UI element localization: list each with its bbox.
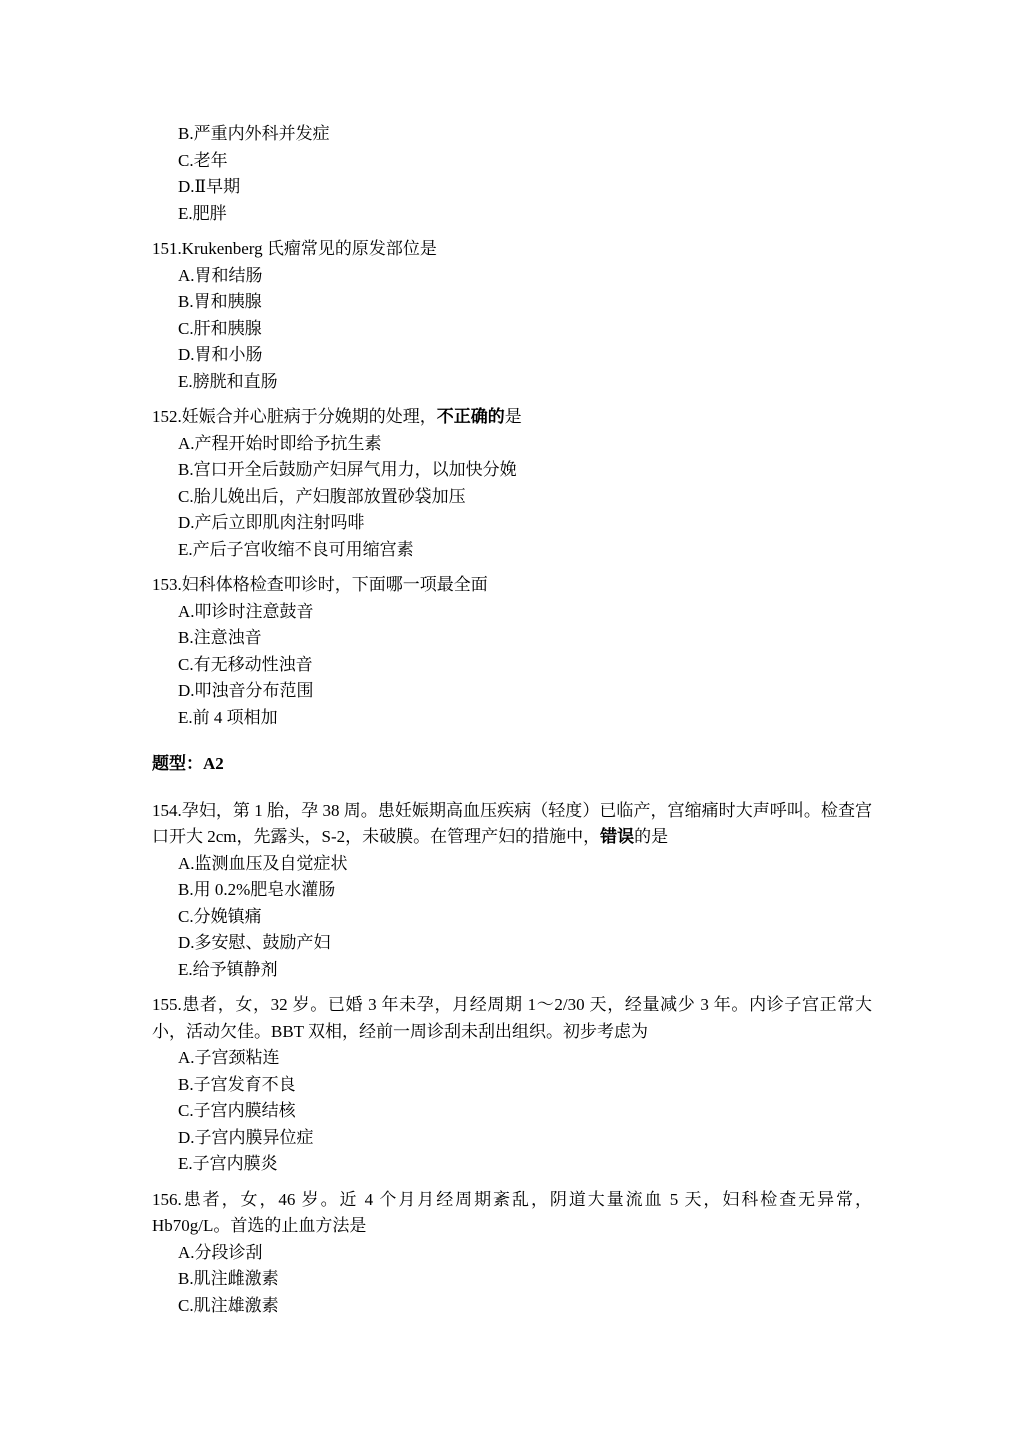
question-stem: 152.妊娠合并心脏病于分娩期的处理，不正确的是 [152, 404, 872, 431]
question-block: 155.患者，女，32 岁。已婚 3 年未孕，月经周期 1～2/30 天，经量减… [152, 992, 872, 1178]
question-option: C.肝和胰腺 [152, 316, 872, 343]
question-block: 152.妊娠合并心脏病于分娩期的处理，不正确的是A.产程开始时即给予抗生素B.宫… [152, 404, 872, 563]
question-option: B.子宫发育不良 [152, 1072, 872, 1099]
question-options-continuation: B.严重内外科并发症C.老年D.Ⅱ早期E.肥胖 [152, 121, 872, 227]
question-stem-text: 妊娠合并心脏病于分娩期的处理， [182, 407, 437, 426]
question-stem-text: 的是 [634, 827, 668, 846]
question-option: C.有无移动性浊音 [152, 652, 872, 679]
question-option: C.老年 [152, 148, 872, 175]
question-stem: 153.妇科体格检查叩诊时，下面哪一项最全面 [152, 572, 872, 599]
question-block: 156.患者，女，46 岁。近 4 个月月经周期紊乱，阴道大量流血 5 天，妇科… [152, 1187, 872, 1320]
question-stem: 156.患者，女，46 岁。近 4 个月月经周期紊乱，阴道大量流血 5 天，妇科… [152, 1187, 872, 1240]
question-stem-text: 孕妇，第 1 胎，孕 38 周。患妊娠期高血压疾病（轻度）已临产，宫缩痛时大声呼… [152, 801, 872, 847]
question-option: A.叩诊时注意鼓音 [152, 599, 872, 626]
question-option: D.胃和小肠 [152, 342, 872, 369]
question-number: 152. [152, 407, 182, 426]
question-stem-text: 妇科体格检查叩诊时，下面哪一项最全面 [182, 575, 488, 594]
question-number: 156. [152, 1190, 182, 1209]
question-option: D.多安慰、鼓励产妇 [152, 930, 872, 957]
question-option: A.分段诊刮 [152, 1240, 872, 1267]
question-number: 151. [152, 239, 182, 258]
question-stem: 155.患者，女，32 岁。已婚 3 年未孕，月经周期 1～2/30 天，经量减… [152, 992, 872, 1045]
question-block: 151.Krukenberg 氏瘤常见的原发部位是A.胃和结肠B.胃和胰腺C.肝… [152, 236, 872, 395]
question-option: D.叩浊音分布范围 [152, 678, 872, 705]
question-option: D.Ⅱ早期 [152, 174, 872, 201]
question-option: B.宫口开全后鼓励产妇屏气用力，以加快分娩 [152, 457, 872, 484]
question-option: A.胃和结肠 [152, 263, 872, 290]
question-option: A.子宫颈粘连 [152, 1045, 872, 1072]
section-type-header: 题型：A2 [152, 751, 872, 778]
question-option: B.胃和胰腺 [152, 289, 872, 316]
question-number: 153. [152, 575, 182, 594]
question-option: E.肥胖 [152, 201, 872, 228]
question-option: B.严重内外科并发症 [152, 121, 872, 148]
question-stem-text: 患者，女，32 岁。已婚 3 年未孕，月经周期 1～2/30 天，经量减少 3 … [152, 995, 872, 1041]
question-option: A.监测血压及自觉症状 [152, 851, 872, 878]
question-option: C.胎儿娩出后，产妇腹部放置砂袋加压 [152, 484, 872, 511]
question-option: D.子宫内膜异位症 [152, 1125, 872, 1152]
question-option: E.前 4 项相加 [152, 705, 872, 732]
question-stem-text: Krukenberg 氏瘤常见的原发部位是 [182, 239, 437, 258]
question-stem-text: 患者，女，46 岁。近 4 个月月经周期紊乱，阴道大量流血 5 天，妇科检查无异… [152, 1190, 872, 1236]
question-stem-emphasis: 错误 [600, 827, 634, 846]
question-option: B.用 0.2%肥皂水灌肠 [152, 877, 872, 904]
question-stem: 154.孕妇，第 1 胎，孕 38 周。患妊娠期高血压疾病（轻度）已临产，宫缩痛… [152, 798, 872, 851]
question-block: 153.妇科体格检查叩诊时，下面哪一项最全面A.叩诊时注意鼓音B.注意浊音C.有… [152, 572, 872, 731]
question-stem: 151.Krukenberg 氏瘤常见的原发部位是 [152, 236, 872, 263]
question-option: A.产程开始时即给予抗生素 [152, 431, 872, 458]
question-option: D.产后立即肌肉注射吗啡 [152, 510, 872, 537]
question-option: C.肌注雄激素 [152, 1293, 872, 1320]
question-stem-emphasis: 不正确的 [437, 407, 505, 426]
question-option: B.注意浊音 [152, 625, 872, 652]
question-option: E.膀胱和直肠 [152, 369, 872, 396]
question-option: B.肌注雌激素 [152, 1266, 872, 1293]
question-block: 154.孕妇，第 1 胎，孕 38 周。患妊娠期高血压疾病（轻度）已临产，宫缩痛… [152, 798, 872, 984]
question-option: C.子宫内膜结核 [152, 1098, 872, 1125]
question-number: 154. [152, 801, 182, 820]
question-list: B.严重内外科并发症C.老年D.Ⅱ早期E.肥胖151.Krukenberg 氏瘤… [152, 121, 872, 1319]
question-option: E.子宫内膜炎 [152, 1151, 872, 1178]
question-number: 155. [152, 995, 182, 1014]
question-option: E.给予镇静剂 [152, 957, 872, 984]
question-option: E.产后子宫收缩不良可用缩宫素 [152, 537, 872, 564]
exam-document-page: B.严重内外科并发症C.老年D.Ⅱ早期E.肥胖151.Krukenberg 氏瘤… [0, 0, 1023, 1447]
question-option: C.分娩镇痛 [152, 904, 872, 931]
question-stem-text: 是 [505, 407, 522, 426]
